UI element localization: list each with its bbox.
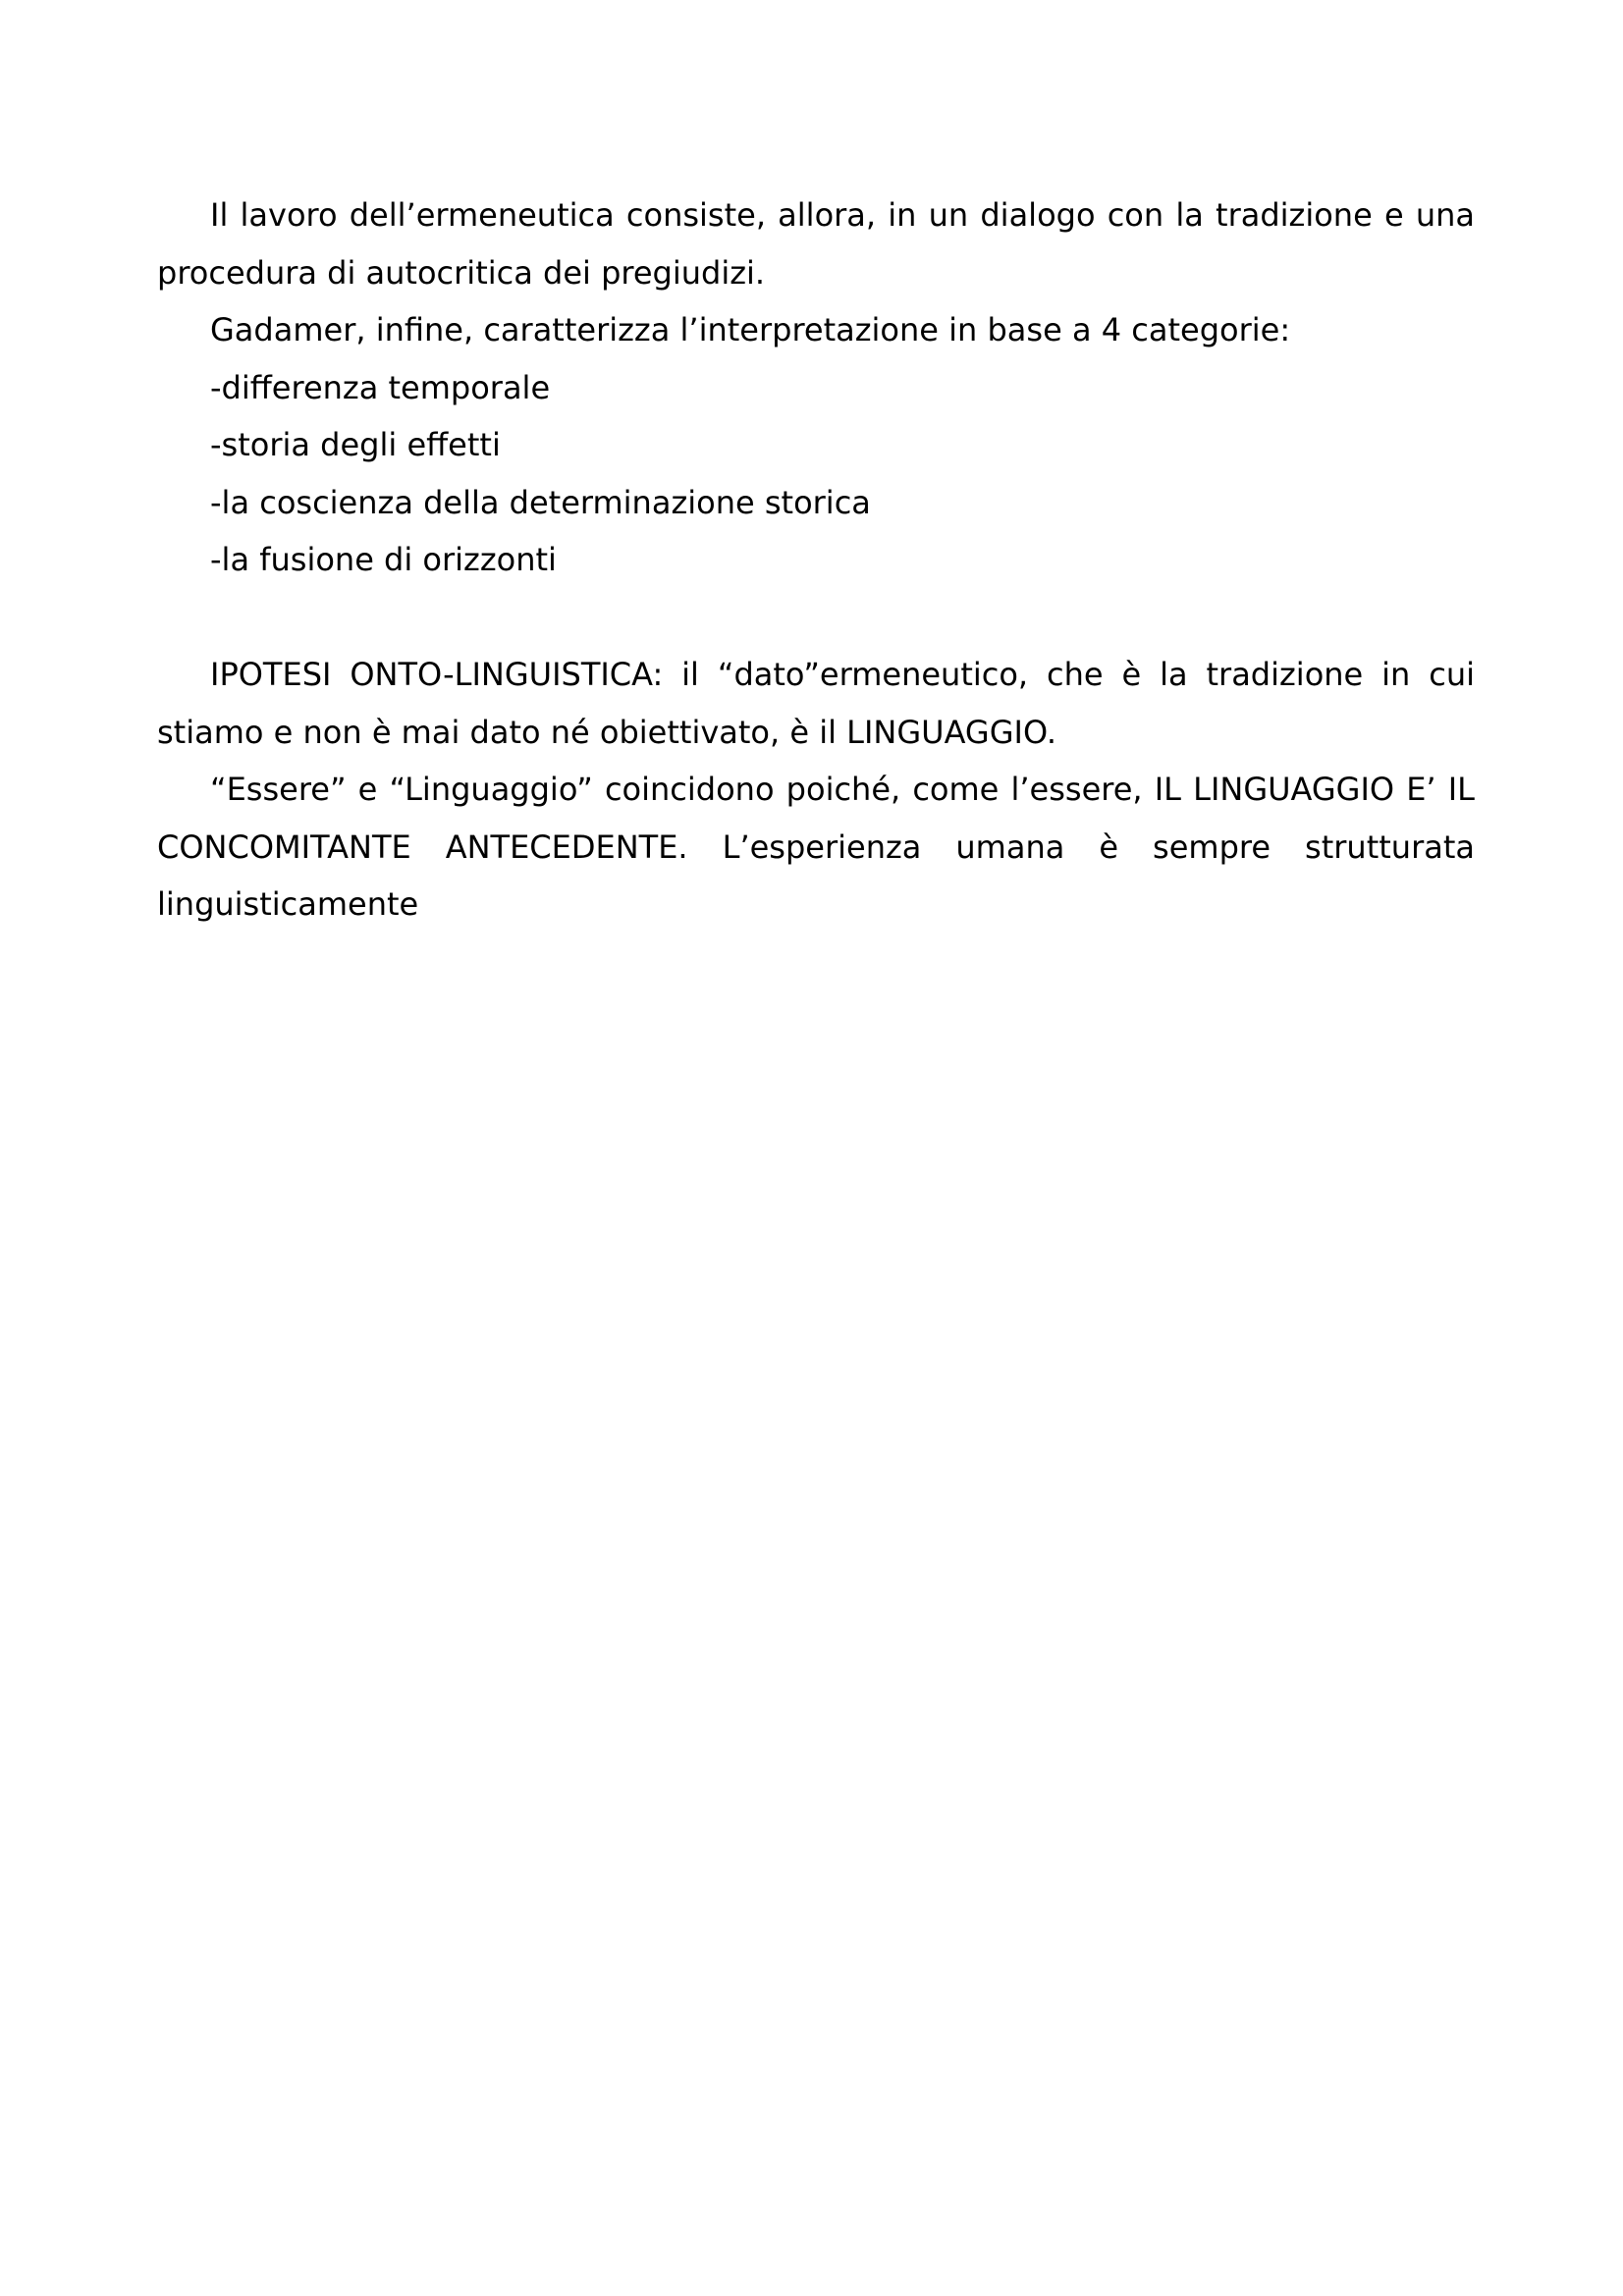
paragraph-dialogue-tradition: Il lavoro dell’ermeneutica consiste, all… (157, 187, 1475, 301)
paragraph-being-and-language: “Essere” e “Linguaggio” coincidono poich… (157, 761, 1475, 934)
list-item-history-of-effects: -storia degli effetti (157, 416, 1475, 474)
paragraph-onto-linguistic-hypothesis: IPOTESI ONTO-LINGUISTICA: il “dato”ermen… (157, 646, 1475, 761)
blank-line (157, 589, 1475, 647)
paragraph-gadamer-categories: Gadamer, infine, caratterizza l’interpre… (157, 301, 1475, 359)
document-page: Il lavoro dell’ermeneutica consiste, all… (157, 187, 1475, 934)
list-item-fusion-of-horizons: -la fusione di orizzonti (157, 531, 1475, 589)
list-item-historical-consciousness: -la coscienza della determinazione stori… (157, 474, 1475, 532)
list-item-temporal-difference: -differenza temporale (157, 359, 1475, 417)
